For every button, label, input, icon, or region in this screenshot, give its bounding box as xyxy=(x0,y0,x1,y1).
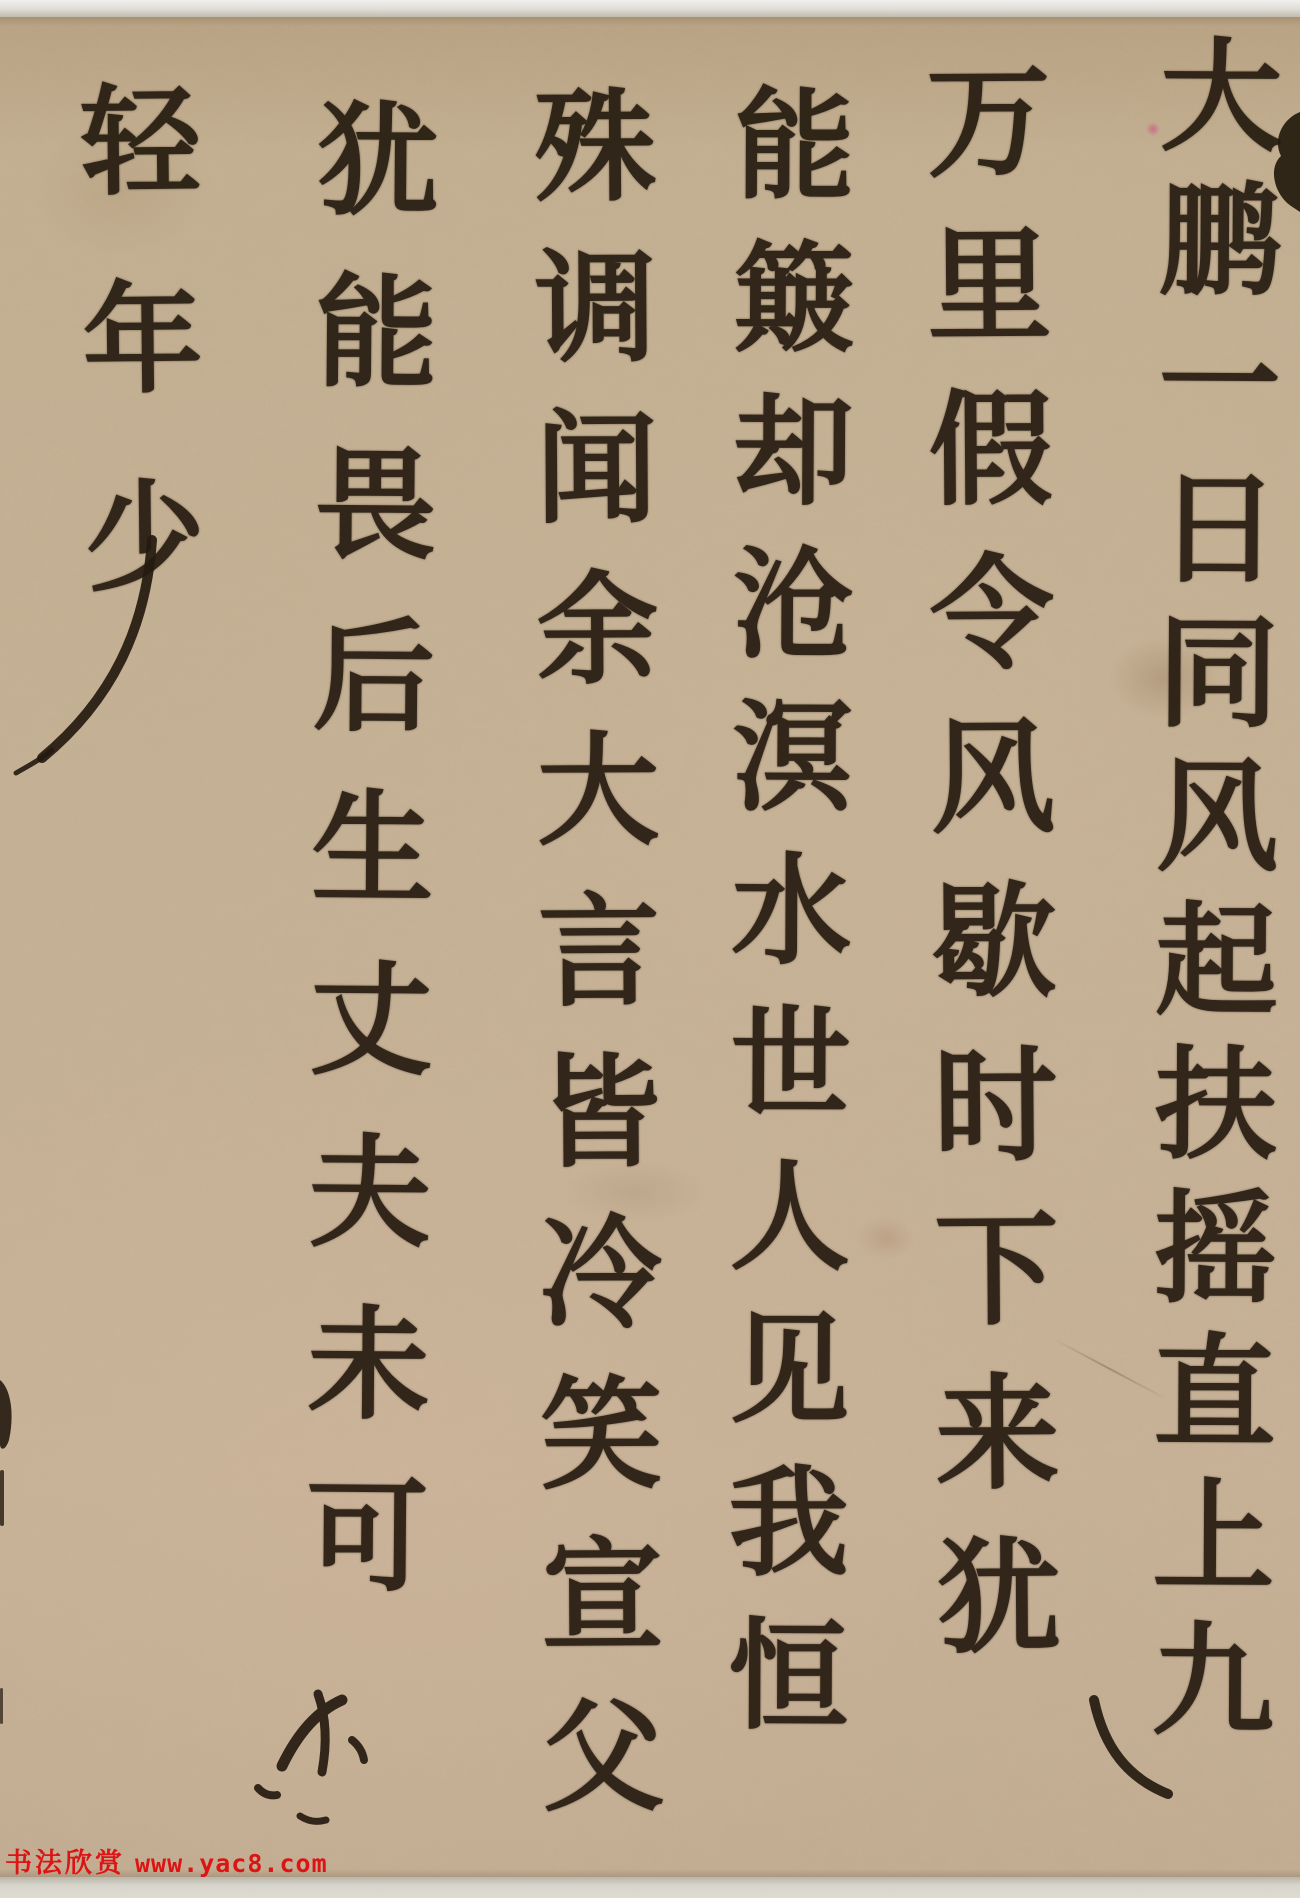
scan-edge-strip-top xyxy=(0,0,1300,17)
calligraphy-column-4: 殊调闻余大言皆冷笑宣父 xyxy=(497,82,681,1854)
watermark-site-name: 书法欣赏 xyxy=(5,1841,125,1880)
left-edge-stroke-fragment xyxy=(0,1380,12,1449)
scan-edge-strip-bottom xyxy=(0,1877,1300,1898)
calligraphy-column-6: 轻年少 xyxy=(43,77,221,673)
calligraphy-column-3: 能簸却沧溟水世人见我恒 xyxy=(691,82,870,1766)
left-edge-stroke-fragment xyxy=(0,1470,4,1526)
left-edge-stroke-fragment xyxy=(0,1688,3,1724)
calligraphy-scroll-scan: 大鹏一日同风起扶摇直上九 万里假令风歇时下来犹 能簸却沧溟水世人见我恒 殊调闻余… xyxy=(0,0,1300,1898)
watermark-url: www.yac8.com xyxy=(135,1849,328,1878)
column5-end-glyph xyxy=(258,1694,364,1821)
calligraphy-column-2: 万里假令风歇时下来犹 xyxy=(888,55,1077,1696)
calligraphy-column-1: 大鹏一日同风起扶摇直上九 xyxy=(1115,32,1299,1761)
site-watermark: 书法欣赏 www.yac8.com xyxy=(5,1841,328,1880)
scan-edge-shadow-top xyxy=(0,17,1300,26)
calligraphy-column-5: 犹能畏后生丈夫未可 xyxy=(269,95,456,1644)
